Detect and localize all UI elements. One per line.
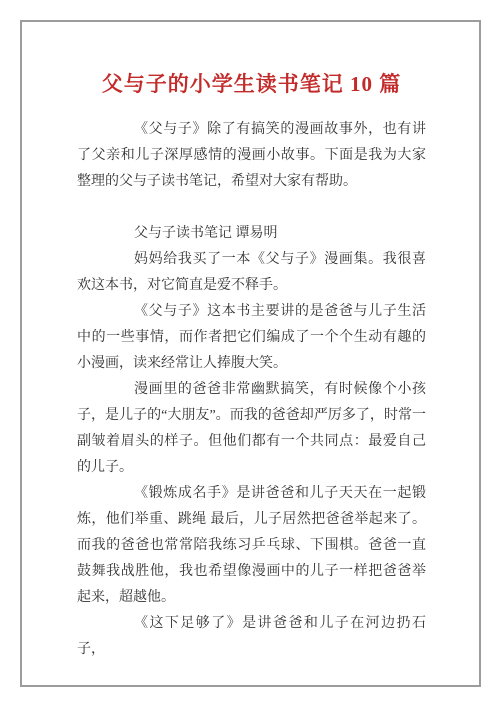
paragraph: 《父与子》这本书主要讲的是爸爸与儿子生活中的一些事情，而作者把它们编成了一个个生… <box>77 299 426 377</box>
paragraph-section-heading: 父与子读书笔记 谭易明 <box>77 221 426 247</box>
paragraph: 《这下足够了》是讲爸爸和儿子在河边扔石子， <box>77 611 426 663</box>
document-title: 父与子的小学生读书笔记 10 篇 <box>77 69 426 99</box>
document-body: 《父与子》除了有搞笑的漫画故事外，也有讲了父亲和儿子深厚感情的漫画小故事。下面是… <box>77 117 426 663</box>
page-border-frame: 父与子的小学生读书笔记 10 篇 《父与子》除了有搞笑的漫画故事外，也有讲了父亲… <box>20 20 481 687</box>
paragraph: 漫画里的爸爸非常幽默搞笑，有时候像个小孩子，是儿子的“大朋友”。而我的爸爸却严厉… <box>77 377 426 481</box>
paragraph: 《锻炼成名手》是讲爸爸和儿子天天在一起锻炼，他们举重、跳绳 最后，儿子居然把爸爸… <box>77 481 426 611</box>
paragraph: 妈妈给我买了一本《父与子》漫画集。我很喜欢这本书，对它简直是爱不释手。 <box>77 247 426 299</box>
document-page: 父与子的小学生读书笔记 10 篇 《父与子》除了有搞笑的漫画故事外，也有讲了父亲… <box>22 22 479 663</box>
paragraph-intro: 《父与子》除了有搞笑的漫画故事外，也有讲了父亲和儿子深厚感情的漫画小故事。下面是… <box>77 117 426 195</box>
